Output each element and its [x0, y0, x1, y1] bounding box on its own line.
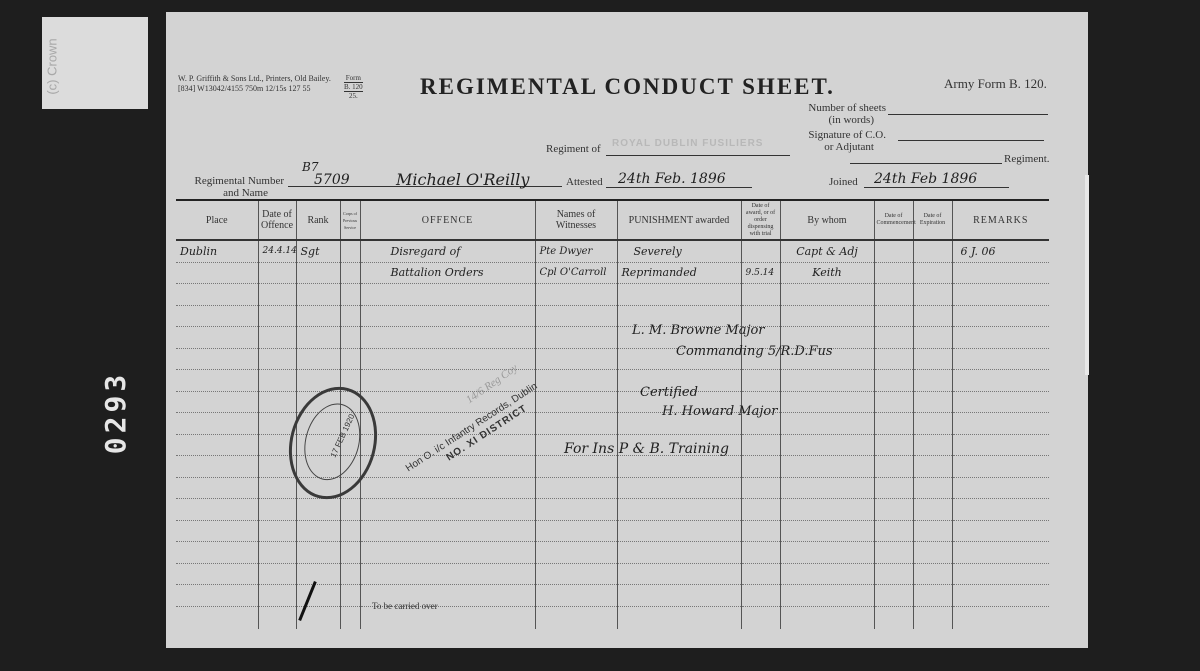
col-punishment: PUNISHMENT awarded — [617, 200, 741, 240]
table-row-empty — [176, 499, 1049, 521]
printer-imprint: W. P. Griffith & Sons Ltd., Printers, Ol… — [178, 74, 331, 94]
regiment-of-label: Regiment of — [546, 143, 601, 155]
signature-label: Signature of C.O. or Adjutant — [790, 129, 886, 153]
joined-date: 24th Feb 1896 — [874, 171, 977, 187]
cell-punishment: Reprimanded — [617, 262, 741, 284]
col-rank: Rank — [296, 200, 340, 240]
carried-over-label: To be carried over — [372, 601, 438, 611]
col-offence: OFFENCE — [360, 200, 535, 240]
cell-expiration — [913, 240, 952, 262]
cell-witnesses: Cpl O'Carroll — [535, 262, 617, 284]
regiment-of-field[interactable] — [606, 155, 790, 156]
regimental-number-value: 5709 — [314, 172, 350, 188]
page-title: REGIMENTAL CONDUCT SHEET. — [420, 74, 835, 100]
table-row-empty — [176, 284, 1049, 306]
soldier-name: Michael O'Reilly — [396, 170, 529, 189]
col-date-of-offence: Date of Offence — [258, 200, 296, 240]
form-number-box: Form B. 120 25. — [344, 74, 363, 100]
army-form-number: Army Form B. 120. — [944, 76, 1047, 92]
cell-remarks: 6 J. 06 — [952, 240, 1049, 262]
cell-award-date: 9.5.14 — [741, 262, 780, 284]
regiment-suffix-label: Regiment. — [1004, 153, 1050, 165]
table-header-row: Place Date of Offence Rank Corps of Prev… — [176, 200, 1049, 240]
col-expiration: Date of Expiration — [913, 200, 952, 240]
attested-date: 24th Feb. 1896 — [618, 171, 726, 187]
sheet-edge — [1085, 175, 1089, 375]
col-by-whom: By whom — [780, 200, 874, 240]
cell-place: Dublin — [176, 240, 258, 262]
joined-label: Joined — [829, 176, 858, 188]
cell-rank: Sgt — [296, 240, 340, 262]
table-row: Dublin 24.4.14 Sgt Disregard of Pte Dwye… — [176, 240, 1049, 262]
table-row-empty — [176, 563, 1049, 585]
cell-date: 24.4.14 — [258, 240, 296, 262]
regimental-number-label: Regimental Number and Name — [176, 175, 284, 199]
table-row-empty — [176, 370, 1049, 392]
regiment-field[interactable] — [850, 163, 1002, 164]
col-commencement: Date of Commencement — [874, 200, 913, 240]
table-row-empty — [176, 348, 1049, 370]
sheets-field[interactable] — [888, 114, 1048, 115]
cell-witnesses: Pte Dwyer — [535, 240, 617, 262]
certified-signature: H. Howard Major — [662, 404, 777, 419]
table-row-empty — [176, 606, 1049, 629]
joined-field[interactable] — [864, 187, 1009, 188]
cell-offence: Battalion Orders — [360, 262, 535, 284]
regiment-of-stamp: ROYAL DUBLIN FUSILIERS — [612, 138, 763, 149]
certified-label: Certified — [640, 385, 698, 400]
table-row-empty — [176, 520, 1049, 542]
cell-by-whom: Capt & Adj — [780, 240, 874, 262]
sheets-label: Number of sheets (in words) — [790, 102, 886, 126]
table-row-empty — [176, 542, 1049, 564]
signature-field[interactable] — [898, 140, 1044, 141]
attested-label: Attested — [566, 176, 603, 188]
commanding-unit: Commanding 5/R.D.Fus — [676, 344, 833, 359]
cell-award-date — [741, 240, 780, 262]
table-row: Battalion Orders Cpl O'Carroll Reprimand… — [176, 262, 1049, 284]
commanding-signature: L. M. Browne Major — [632, 323, 765, 338]
cell-commencement — [874, 240, 913, 262]
archive-reference-number: 0293 — [112, 352, 152, 470]
cell-punishment: Severely — [617, 240, 741, 262]
cell-offence: Disregard of — [360, 240, 535, 262]
table-row-empty — [176, 327, 1049, 349]
col-place: Place — [176, 200, 258, 240]
table-row-empty — [176, 305, 1049, 327]
cell-by-whom: Keith — [780, 262, 874, 284]
training-note: For Ins P & B. Training — [564, 441, 729, 457]
cell-corps — [340, 240, 360, 262]
copyright-text: (c) Crown — [45, 38, 60, 94]
col-date-of-award: Date of award, or of order dispensing wi… — [741, 200, 780, 240]
col-corps: Corps of Previous Service — [340, 200, 360, 240]
attested-field[interactable] — [606, 187, 752, 188]
col-witnesses: Names of Witnesses — [535, 200, 617, 240]
archive-copyright-card: (c) Crown — [42, 17, 148, 109]
col-remarks: REMARKS — [952, 200, 1049, 240]
